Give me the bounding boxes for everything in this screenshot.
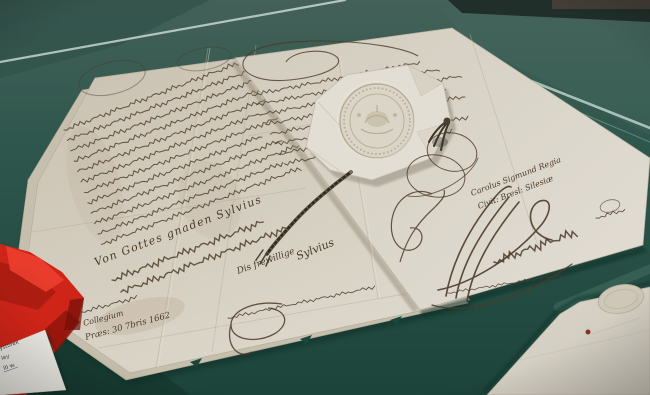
photo-vignette: [0, 0, 650, 395]
photo-display-case: Von Gottes gnaden Sylvius Dis frewillige…: [0, 0, 650, 395]
scene-canvas: Von Gottes gnaden Sylvius Dis frewillige…: [0, 0, 650, 395]
